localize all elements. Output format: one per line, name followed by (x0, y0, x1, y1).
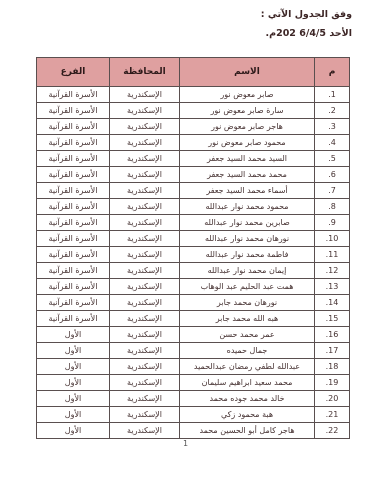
attendance-table: م الاسم المحافظة الفرع 1. صابر معوض نور … (36, 57, 350, 439)
cell-branch: الأسرة القرآنية (37, 231, 110, 247)
cell-branch: الأسرة القرآنية (37, 279, 110, 295)
column-header-branch: الفرع (37, 58, 110, 87)
cell-row-number: 7. (315, 183, 350, 199)
cell-branch: الأسرة القرآنية (37, 247, 110, 263)
cell-name: محمد سعيد ابراهيم سليمان (180, 375, 315, 391)
cell-branch: الأول (37, 375, 110, 391)
cell-row-number: 2. (315, 103, 350, 119)
cell-branch: الأول (37, 343, 110, 359)
cell-branch: الأسرة القرآنية (37, 215, 110, 231)
cell-name: إيمان محمد نوار عبدالله (180, 263, 315, 279)
cell-row-number: 9. (315, 215, 350, 231)
cell-name: نورهان محمد نوار عبدالله (180, 231, 315, 247)
cell-row-number: 14. (315, 295, 350, 311)
cell-governorate: الإسكندرية (110, 359, 180, 375)
table-row: 5. السيد محمد السيد جعفر الإسكندرية الأس… (37, 151, 350, 167)
cell-name: السيد محمد السيد جعفر (180, 151, 315, 167)
cell-row-number: 20. (315, 391, 350, 407)
table-body: 1. صابر معوض نور الإسكندرية الأسرة القرآ… (37, 87, 350, 439)
title-line-2: الأحد 6/4/5 202م. (261, 24, 352, 43)
cell-row-number: 6. (315, 167, 350, 183)
table-row: 21. هبة محمود زكي الإسكندرية الأول (37, 407, 350, 423)
cell-governorate: الإسكندرية (110, 151, 180, 167)
cell-governorate: الإسكندرية (110, 423, 180, 439)
cell-row-number: 18. (315, 359, 350, 375)
table-row: 7. أسماء محمد السيد جعفر الإسكندرية الأس… (37, 183, 350, 199)
column-header-name: الاسم (180, 58, 315, 87)
cell-branch: الأسرة القرآنية (37, 87, 110, 103)
cell-row-number: 15. (315, 311, 350, 327)
cell-governorate: الإسكندرية (110, 167, 180, 183)
cell-branch: الأول (37, 391, 110, 407)
document-title-block: وفق الجدول الآتي : الأحد 6/4/5 202م. (261, 5, 352, 43)
cell-governorate: الإسكندرية (110, 231, 180, 247)
cell-name: هبه الله محمد جابر (180, 311, 315, 327)
table-row: 9. صابرين محمد نوار عبدالله الإسكندرية ا… (37, 215, 350, 231)
cell-name: محمد محمد السيد جعفر (180, 167, 315, 183)
cell-row-number: 22. (315, 423, 350, 439)
cell-governorate: الإسكندرية (110, 343, 180, 359)
table-row: 4. محمود صابر معوض نور الإسكندرية الأسرة… (37, 135, 350, 151)
cell-governorate: الإسكندرية (110, 199, 180, 215)
table-row: 10. نورهان محمد نوار عبدالله الإسكندرية … (37, 231, 350, 247)
cell-row-number: 13. (315, 279, 350, 295)
cell-governorate: الإسكندرية (110, 263, 180, 279)
cell-row-number: 3. (315, 119, 350, 135)
cell-branch: الأسرة القرآنية (37, 295, 110, 311)
cell-governorate: الإسكندرية (110, 327, 180, 343)
table-row: 8. محمود محمد نوار عبدالله الإسكندرية ال… (37, 199, 350, 215)
cell-branch: الأسرة القرآنية (37, 135, 110, 151)
cell-name: هبة محمود زكي (180, 407, 315, 423)
table-row: 13. همت عبد الحليم عبد الوهاب الإسكندرية… (37, 279, 350, 295)
cell-branch: الأسرة القرآنية (37, 151, 110, 167)
cell-name: خالد محمد جوده محمد (180, 391, 315, 407)
cell-row-number: 4. (315, 135, 350, 151)
column-header-number: م (315, 58, 350, 87)
cell-row-number: 8. (315, 199, 350, 215)
document-page: وفق الجدول الآتي : الأحد 6/4/5 202م. م ا… (0, 0, 371, 480)
cell-governorate: الإسكندرية (110, 279, 180, 295)
cell-branch: الأول (37, 423, 110, 439)
cell-name: عبدالله لطفي رمضان عبدالحميد (180, 359, 315, 375)
cell-name: أسماء محمد السيد جعفر (180, 183, 315, 199)
cell-branch: الأول (37, 327, 110, 343)
cell-name: فاطمة محمد نوار عبدالله (180, 247, 315, 263)
cell-row-number: 16. (315, 327, 350, 343)
cell-branch: الأول (37, 407, 110, 423)
page-number: 1 (0, 439, 371, 448)
table-row: 15. هبه الله محمد جابر الإسكندرية الأسرة… (37, 311, 350, 327)
table-row: 3. هاجر صابر معوض نور الإسكندرية الأسرة … (37, 119, 350, 135)
cell-name: محمود محمد نوار عبدالله (180, 199, 315, 215)
cell-governorate: الإسكندرية (110, 407, 180, 423)
table-row: 18. عبدالله لطفي رمضان عبدالحميد الإسكند… (37, 359, 350, 375)
table-row: 6. محمد محمد السيد جعفر الإسكندرية الأسر… (37, 167, 350, 183)
cell-row-number: 19. (315, 375, 350, 391)
cell-row-number: 10. (315, 231, 350, 247)
cell-name: صابر معوض نور (180, 87, 315, 103)
cell-name: عمر محمد حسن (180, 327, 315, 343)
table-header-row: م الاسم المحافظة الفرع (37, 58, 350, 87)
cell-branch: الأسرة القرآنية (37, 167, 110, 183)
cell-governorate: الإسكندرية (110, 119, 180, 135)
cell-governorate: الإسكندرية (110, 375, 180, 391)
table-row: 14. نورهان محمد جابر الإسكندرية الأسرة ا… (37, 295, 350, 311)
cell-branch: الأول (37, 359, 110, 375)
table-row: 22. هاجر كامل أبو الحسين محمد الإسكندرية… (37, 423, 350, 439)
title-line-1: وفق الجدول الآتي : (261, 5, 352, 24)
table-row: 11. فاطمة محمد نوار عبدالله الإسكندرية ا… (37, 247, 350, 263)
cell-branch: الأسرة القرآنية (37, 119, 110, 135)
table-row: 19. محمد سعيد ابراهيم سليمان الإسكندرية … (37, 375, 350, 391)
cell-row-number: 12. (315, 263, 350, 279)
cell-name: همت عبد الحليم عبد الوهاب (180, 279, 315, 295)
cell-name: جمال حميده (180, 343, 315, 359)
cell-branch: الأسرة القرآنية (37, 263, 110, 279)
cell-governorate: الإسكندرية (110, 183, 180, 199)
cell-branch: الأسرة القرآنية (37, 311, 110, 327)
cell-name: محمود صابر معوض نور (180, 135, 315, 151)
table-row: 20. خالد محمد جوده محمد الإسكندرية الأول (37, 391, 350, 407)
column-header-governorate: المحافظة (110, 58, 180, 87)
cell-branch: الأسرة القرآنية (37, 199, 110, 215)
cell-governorate: الإسكندرية (110, 295, 180, 311)
cell-governorate: الإسكندرية (110, 103, 180, 119)
cell-name: سارة صابر معوض نور (180, 103, 315, 119)
cell-name: هاجر كامل أبو الحسين محمد (180, 423, 315, 439)
table-row: 12. إيمان محمد نوار عبدالله الإسكندرية ا… (37, 263, 350, 279)
cell-row-number: 21. (315, 407, 350, 423)
cell-row-number: 5. (315, 151, 350, 167)
cell-governorate: الإسكندرية (110, 391, 180, 407)
cell-row-number: 17. (315, 343, 350, 359)
table-row: 16. عمر محمد حسن الإسكندرية الأول (37, 327, 350, 343)
cell-governorate: الإسكندرية (110, 87, 180, 103)
cell-name: هاجر صابر معوض نور (180, 119, 315, 135)
cell-row-number: 1. (315, 87, 350, 103)
table-row: 17. جمال حميده الإسكندرية الأول (37, 343, 350, 359)
table-row: 2. سارة صابر معوض نور الإسكندرية الأسرة … (37, 103, 350, 119)
cell-governorate: الإسكندرية (110, 215, 180, 231)
cell-name: صابرين محمد نوار عبدالله (180, 215, 315, 231)
cell-governorate: الإسكندرية (110, 135, 180, 151)
cell-row-number: 11. (315, 247, 350, 263)
cell-governorate: الإسكندرية (110, 311, 180, 327)
cell-branch: الأسرة القرآنية (37, 183, 110, 199)
cell-branch: الأسرة القرآنية (37, 103, 110, 119)
table-row: 1. صابر معوض نور الإسكندرية الأسرة القرآ… (37, 87, 350, 103)
cell-name: نورهان محمد جابر (180, 295, 315, 311)
cell-governorate: الإسكندرية (110, 247, 180, 263)
